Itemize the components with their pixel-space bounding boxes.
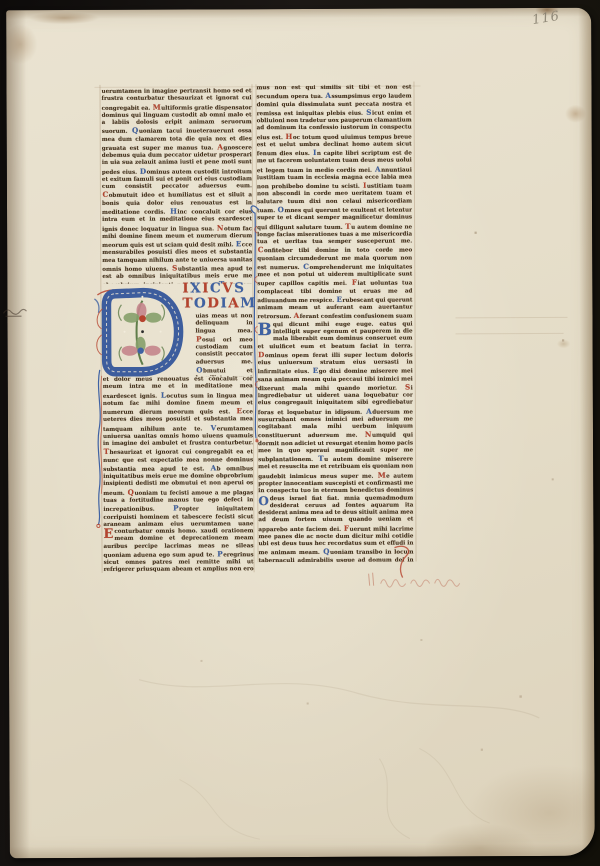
small-pen-initial: H [285, 132, 293, 141]
incipit-letter: A [228, 295, 240, 311]
large-pen-initial: E [103, 528, 114, 542]
small-pen-initial: V [210, 423, 217, 432]
small-pen-initial: E [235, 239, 242, 248]
right-column-text: mus non est qui similis sit tibi et non … [256, 85, 413, 563]
small-pen-initial: Q [323, 547, 330, 556]
incipit-letter: I [220, 295, 228, 311]
small-pen-initial: A [217, 142, 224, 151]
intercolumn-flourish [247, 196, 262, 442]
ruling-line-margin-2 [456, 333, 564, 334]
left-column-lower-text: et dolor meus renouatus est concaluit co… [103, 376, 254, 573]
small-pen-initial: P [196, 334, 202, 343]
faded-red-inscription [365, 569, 469, 591]
small-pen-initial: N [216, 223, 224, 232]
small-pen-initial: L [160, 390, 166, 399]
small-pen-initial: Q [132, 126, 139, 135]
small-pen-initial: I [312, 148, 316, 157]
small-pen-initial: P [173, 504, 179, 513]
small-pen-initial: T [345, 221, 351, 230]
parchment-specks [6, 10, 7, 11]
small-pen-initial: F [351, 278, 357, 287]
small-pen-initial: M [377, 470, 386, 479]
small-pen-initial: E [312, 366, 319, 375]
small-pen-initial: H [170, 207, 178, 216]
small-pen-initial: F [343, 523, 349, 532]
small-pen-initial: E [236, 406, 243, 415]
large-pen-initial: O [258, 495, 270, 508]
incipit-letter: D [207, 295, 220, 311]
small-pen-initial: C [303, 262, 310, 271]
small-pen-initial: S [366, 107, 372, 116]
small-pen-initial: I [362, 181, 366, 190]
incipit-letter: O [194, 295, 207, 311]
small-pen-initial: A [325, 91, 332, 100]
left-column-upper-text: uerumtamen in imagine pertransit homo se… [101, 88, 252, 284]
parchment-page: 116 uerumtamen in imagine pertransit hom… [6, 8, 595, 859]
small-pen-initial: S [172, 263, 178, 272]
small-pen-initial: A [366, 406, 373, 415]
folio-number: 116 [531, 9, 561, 28]
small-pen-initial: C [102, 190, 109, 199]
small-pen-initial: P [217, 549, 223, 558]
small-pen-initial: A [374, 164, 381, 173]
parchment-veins [119, 638, 550, 850]
small-pen-initial: O [277, 205, 284, 214]
small-pen-initial: A [293, 311, 300, 320]
small-pen-initial: E [336, 295, 343, 304]
small-pen-initial: M [152, 102, 161, 111]
incipit-letter: T [182, 295, 194, 311]
small-pen-initial: N [364, 430, 372, 439]
small-pen-initial: T [318, 454, 324, 463]
illuminated-initial-d [91, 285, 183, 379]
ruling-line-margin-1 [455, 317, 567, 318]
small-pen-initial: A [210, 463, 217, 472]
manuscript-photo: { "palette": { "ink": "#46341f", "red": … [0, 0, 600, 866]
ruling-line-right [413, 81, 416, 561]
small-pen-initial: D [139, 166, 146, 175]
small-pen-initial: S [404, 382, 410, 391]
left-margin-note [1, 304, 27, 320]
small-pen-initial: O [196, 365, 203, 374]
small-pen-initial: Q [127, 487, 134, 496]
initial-descender-flourish [94, 370, 107, 528]
